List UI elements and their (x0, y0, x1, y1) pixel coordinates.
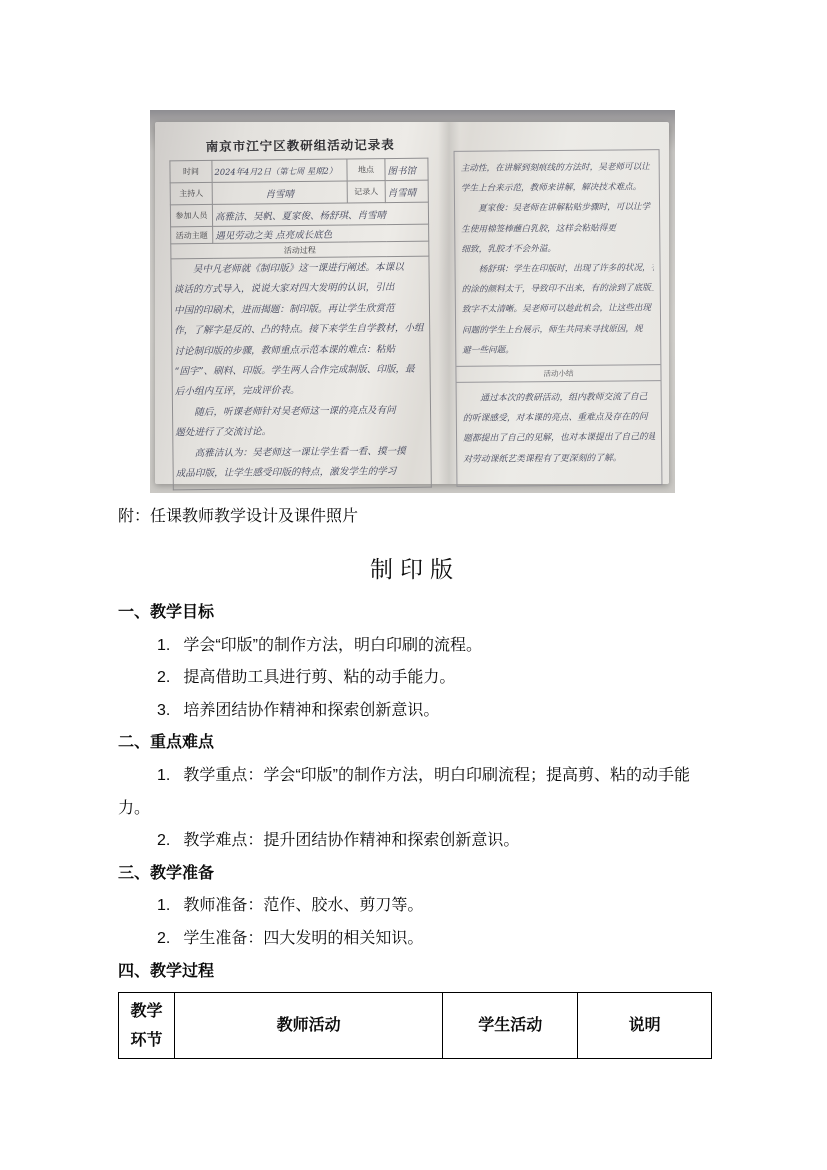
list-item-number: 1. (157, 897, 170, 914)
place-value: 图书馆 (385, 158, 428, 180)
handwritten-line: 随后，听课老师针对吴老师这一课的亮点及有问 (175, 401, 428, 424)
col-header-teacher-activity: 教师活动 (174, 993, 442, 1059)
process-handwriting: 吴中凡老师就《制印版》这一课进行阐述。本课以谈话的方式导入，说说大家对四大发明的… (173, 258, 428, 485)
time-label: 时间 (170, 160, 212, 182)
handwritten-line: 细致，乳胶才不会外溢。 (461, 238, 653, 260)
col-header-student-activity: 学生活动 (443, 993, 578, 1059)
right-page-handwriting: 主动性，在讲解到刻痕线的方法时，吴老师可以让学生上台来示范，教师来讲解，解决技术… (455, 150, 661, 364)
handwritten-line: 主动性，在讲解到刻痕线的方法时，吴老师可以让 (461, 157, 653, 179)
doc-title: 制印版 (118, 551, 712, 584)
handwritten-line: 中国的印刷术，进而揭题：制印版。再让学生欣赏范 (174, 299, 427, 322)
process-cell: 吴中凡老师就《制印版》这一课进行阐述。本课以谈话的方式导入，说说大家对四大发明的… (171, 256, 431, 490)
time-value: 2024年4月2日（第七周 星期2） (212, 159, 347, 182)
form-row-host: 主持人 肖雪晴 记录人 肖雪晴 (170, 180, 428, 205)
attachment-note: 附：任课教师教学设计及课件照片 (118, 503, 358, 526)
record-form-title: 南京市江宁区教研组活动记录表 (169, 135, 431, 156)
handwritten-line: 高雅洁认为：吴老师这一课让学生看一看、摸一摸 (175, 441, 428, 464)
lesson-table-header-row: 教学环节 教师活动 学生活动 说明 (119, 993, 712, 1059)
host-value: 肖雪晴 (212, 181, 347, 204)
handwritten-line: 题都提出了自己的见解，也对本课提出了自己的建议， (463, 428, 655, 450)
col-header-notes: 说明 (578, 993, 712, 1059)
recorder-label: 记录人 (347, 181, 385, 203)
sections-container: 一、教学目标1.学会“印版”的制作方法，明白印刷的流程。2.提高借助工具进行剪、… (118, 597, 712, 988)
recorder-value: 肖雪晴 (385, 180, 428, 202)
topic-label: 活动主题 (171, 226, 213, 243)
col-header-stage: 教学环节 (119, 993, 175, 1059)
photo-right-page: 主动性，在讲解到刻痕线的方法时，吴老师可以让学生上台来示范，教师来讲解，解决技术… (454, 149, 663, 487)
list-item-text: 提高借助工具进行剪、粘的动手能力。 (183, 669, 455, 686)
handwritten-line: 学生上台来示范，教师来讲解，解决技术难点。 (461, 177, 653, 199)
section-heading: 三、教学准备 (118, 858, 712, 891)
list-item-text: 教学重点：学会“印版”的制作方法，明白印刷流程；提高剪、粘的动手能力。 (118, 767, 690, 817)
handwritten-line: 讨论制印版的步骤，教师重点示范本课的难点：粘贴 (174, 339, 427, 362)
list-item-text: 学会“印版”的制作方法，明白印刷的流程。 (183, 637, 482, 654)
host-label: 主持人 (170, 182, 212, 204)
handwritten-line: 通过本次的教研活动，组内教师交流了自己 (463, 387, 655, 409)
list-item: 2.教学难点：提升团结协作精神和探索创新意识。 (118, 825, 712, 858)
list-item: 3.培养团结协作精神和探索创新意识。 (118, 695, 712, 728)
handwritten-line: 题处进行了交流讨论。 (175, 421, 428, 444)
list-item-number: 1. (157, 767, 170, 784)
activity-record-photo: 南京市江宁区教研组活动记录表 时间 2024年4月2日（第七周 星期2） 地点 … (150, 110, 675, 493)
list-item-text: 教学难点：提升团结协作精神和探索创新意识。 (183, 832, 519, 849)
list-item-text: 培养团结协作精神和探索创新意识。 (183, 702, 439, 719)
handwritten-line: 杨舒琪：学生在印版时，出现了许多的状况，有 (461, 258, 653, 280)
photo-left-page: 南京市江宁区教研组活动记录表 时间 2024年4月2日（第七周 星期2） 地点 … (169, 135, 435, 491)
list-item-number: 2. (157, 669, 170, 686)
participants-value: 高雅洁、吴帆、夏家俊、杨舒琪、肖雪晴 (212, 202, 428, 226)
list-item-text: 教师准备：范作、胶水、剪刀等。 (183, 897, 423, 914)
form-row-process: 吴中凡老师就《制印版》这一课进行阐述。本课以谈话的方式导入，说说大家对四大发明的… (171, 256, 431, 490)
handwritten-line: 对劳动课纸艺类课程有了更深刻的了解。 (463, 448, 655, 470)
list-item-number: 1. (157, 637, 170, 654)
list-item: 1.教师准备：范作、胶水、剪刀等。 (118, 890, 712, 923)
section-heading: 二、重点难点 (118, 727, 712, 760)
handwritten-line: 作，了解字是反的、凸的特点。接下来学生自学教材，小组 (174, 319, 427, 342)
place-label: 地点 (347, 159, 385, 181)
section-heading: 一、教学目标 (118, 597, 712, 630)
summary-header: 活动小结 (456, 364, 660, 383)
section-heading: 四、教学过程 (118, 956, 712, 989)
handwritten-line: 的听课感受，对本课的亮点、重难点及存在的问 (463, 407, 655, 429)
document-body: 一、教学目标1.学会“印版”的制作方法，明白印刷的流程。2.提高借助工具进行剪、… (118, 597, 712, 1059)
list-item-number: 3. (157, 702, 170, 719)
handwritten-line: 吴中凡老师就《制印版》这一课进行阐述。本课以 (173, 258, 426, 281)
summary-handwriting: 通过本次的教研活动，组内教师交流了自己的听课感受，对本课的亮点、重难点及存在的问… (457, 381, 662, 470)
list-item: 1.学会“印版”的制作方法，明白印刷的流程。 (118, 630, 712, 663)
form-row-participants: 参加人员 高雅洁、吴帆、夏家俊、杨舒琪、肖雪晴 (170, 202, 428, 227)
record-form-table: 时间 2024年4月2日（第七周 星期2） 地点 图书馆 主持人 肖雪晴 记录人… (169, 158, 431, 491)
handwritten-line: 生使用棉签棒蘸白乳胶，这样会粘贴得更 (461, 218, 653, 240)
document-page: 南京市江宁区教研组活动记录表 时间 2024年4月2日（第七周 星期2） 地点 … (0, 0, 827, 1170)
list-item: 2.学生准备：四大发明的相关知识。 (118, 923, 712, 956)
notebook-paper: 南京市江宁区教研组活动记录表 时间 2024年4月2日（第七周 星期2） 地点 … (155, 122, 669, 484)
list-item-number: 2. (157, 930, 170, 947)
list-item: 2.提高借助工具进行剪、粘的动手能力。 (118, 662, 712, 695)
handwritten-line: 问题的学生上台展示，师生共同来寻找原因，规 (462, 319, 654, 341)
participants-label: 参加人员 (170, 204, 212, 226)
handwritten-line: 谈话的方式导入，说说大家对四大发明的认识，引出 (174, 278, 427, 301)
handwritten-line: 后小组内互评，完成评价表。 (175, 380, 428, 403)
list-item: 1.教学重点：学会“印版”的制作方法，明白印刷流程；提高剪、粘的动手能力。 (118, 760, 712, 825)
handwritten-line: “固字”、刷料、印版。学生两人合作完成制版、印版，最 (175, 360, 428, 383)
form-row-time: 时间 2024年4月2日（第七周 星期2） 地点 图书馆 (170, 158, 428, 183)
handwritten-line: 的涂的颜料太干，导致印不出来，有的涂到了底版上，导 (462, 278, 654, 300)
handwritten-line: 避一些问题。 (462, 339, 654, 361)
handwritten-line: 成品印版，让学生感受印版的特点，激发学生的学习 (176, 462, 429, 485)
handwritten-line: 夏家俊：吴老师在讲解粘贴步骤时，可以让学 (461, 198, 653, 220)
handwritten-line: 致字不太清晰。吴老师可以趁此机会，让这些出现 (462, 299, 654, 321)
list-item-number: 2. (157, 832, 170, 849)
list-item-text: 学生准备：四大发明的相关知识。 (183, 930, 423, 947)
lesson-plan-table: 教学环节 教师活动 学生活动 说明 (118, 992, 712, 1059)
